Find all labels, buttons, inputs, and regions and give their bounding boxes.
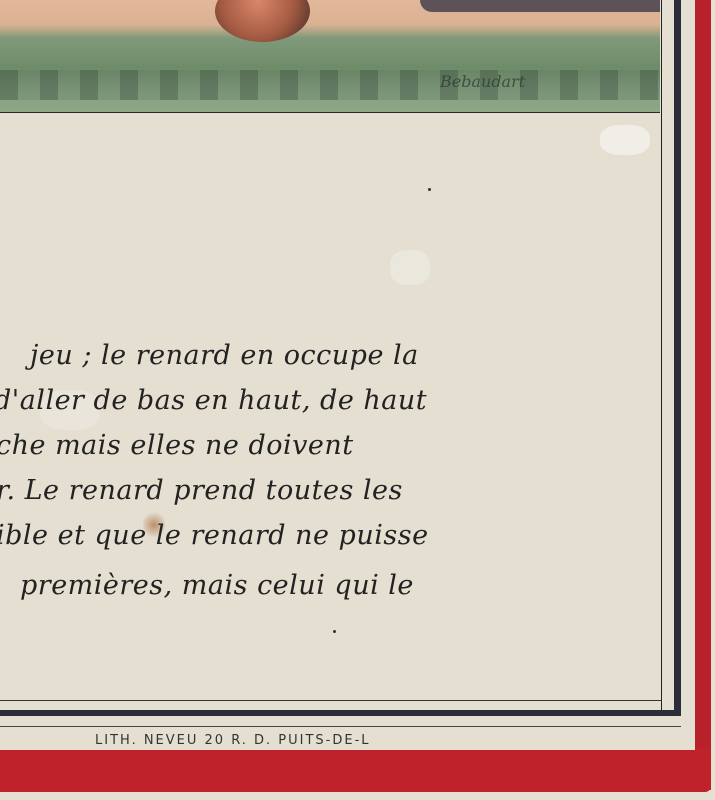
printer-imprint: LITH. NEVEU 20 R. D. PUITS-DE-L bbox=[95, 733, 371, 748]
rules-line: premières, mais celui qui le bbox=[20, 570, 414, 601]
artist-signature: Bebaudart bbox=[440, 72, 525, 91]
frame-thick-line-vertical bbox=[674, 0, 681, 715]
paper-wear-mark bbox=[390, 250, 430, 285]
frame-outer-line-horizontal bbox=[0, 726, 681, 727]
figure-shadow bbox=[420, 0, 660, 12]
printed-paper: Bebaudart jeu ; le renard en occupe la d… bbox=[0, 0, 695, 750]
illustration-border-line bbox=[0, 112, 660, 113]
rules-line: d'aller de bas en haut, de haut bbox=[0, 385, 427, 416]
red-board-edge-bottom bbox=[0, 748, 711, 792]
rules-line: che mais elles ne doivent bbox=[0, 430, 354, 461]
red-board-edge-right bbox=[695, 0, 711, 790]
ink-speck bbox=[428, 188, 431, 191]
frame-thick-line-horizontal bbox=[0, 710, 681, 716]
ball-illustration bbox=[215, 0, 310, 42]
rules-line: jeu ; le renard en occupe la bbox=[30, 340, 419, 371]
frame-inner-line-horizontal bbox=[0, 700, 662, 701]
grass-texture bbox=[0, 70, 660, 100]
rules-line: r. Le renard prend toutes les bbox=[0, 475, 403, 506]
frame-inner-line-vertical bbox=[661, 0, 662, 712]
ink-speck bbox=[333, 630, 336, 633]
rules-line: ible et que le renard ne puisse bbox=[0, 520, 429, 551]
paper-wear-mark bbox=[600, 125, 650, 155]
game-board: Bebaudart jeu ; le renard en occupe la d… bbox=[0, 0, 715, 800]
illustration-grass-scene: Bebaudart bbox=[0, 0, 660, 112]
